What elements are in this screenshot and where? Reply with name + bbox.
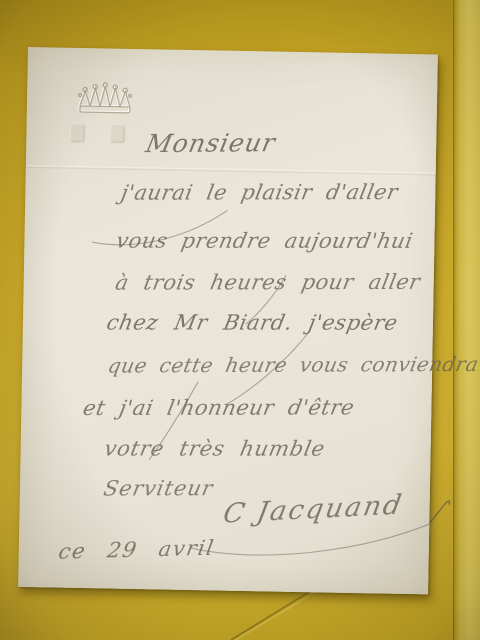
- signature: C Jacquand: [221, 490, 406, 530]
- crease-highlight: [234, 587, 324, 640]
- date-line: ce 29 avril: [57, 536, 217, 564]
- body-line: à trois heures pour aller: [113, 270, 422, 295]
- letter-paper: Monsieur j'aurai le plaisir d'aller vous…: [18, 47, 438, 594]
- body-line: et j'ai l'honneur d'être: [81, 395, 356, 420]
- body-line: vous prendre aujourd'hui: [114, 229, 415, 253]
- embossed-initial-right: [110, 125, 123, 142]
- crown-embossing-icon: [67, 78, 144, 121]
- body-line: j'aurai le plaisir d'aller: [119, 180, 400, 205]
- embossed-initial-left: [70, 124, 83, 141]
- salutation: Monsieur: [143, 128, 278, 158]
- body-line: chez Mr Biard. j'espère: [105, 311, 400, 335]
- body-line: que cette heure vous conviendra: [106, 352, 480, 377]
- body-line: votre très humble: [102, 437, 327, 461]
- paper-fold-crease: [26, 165, 436, 176]
- photo-backdrop: Monsieur j'aurai le plaisir d'aller vous…: [0, 0, 480, 640]
- body-line: Serviteur: [102, 476, 216, 500]
- embossed-initials: [70, 124, 123, 142]
- backdrop-fold-strip: [453, 0, 480, 640]
- crease-line: [231, 584, 322, 640]
